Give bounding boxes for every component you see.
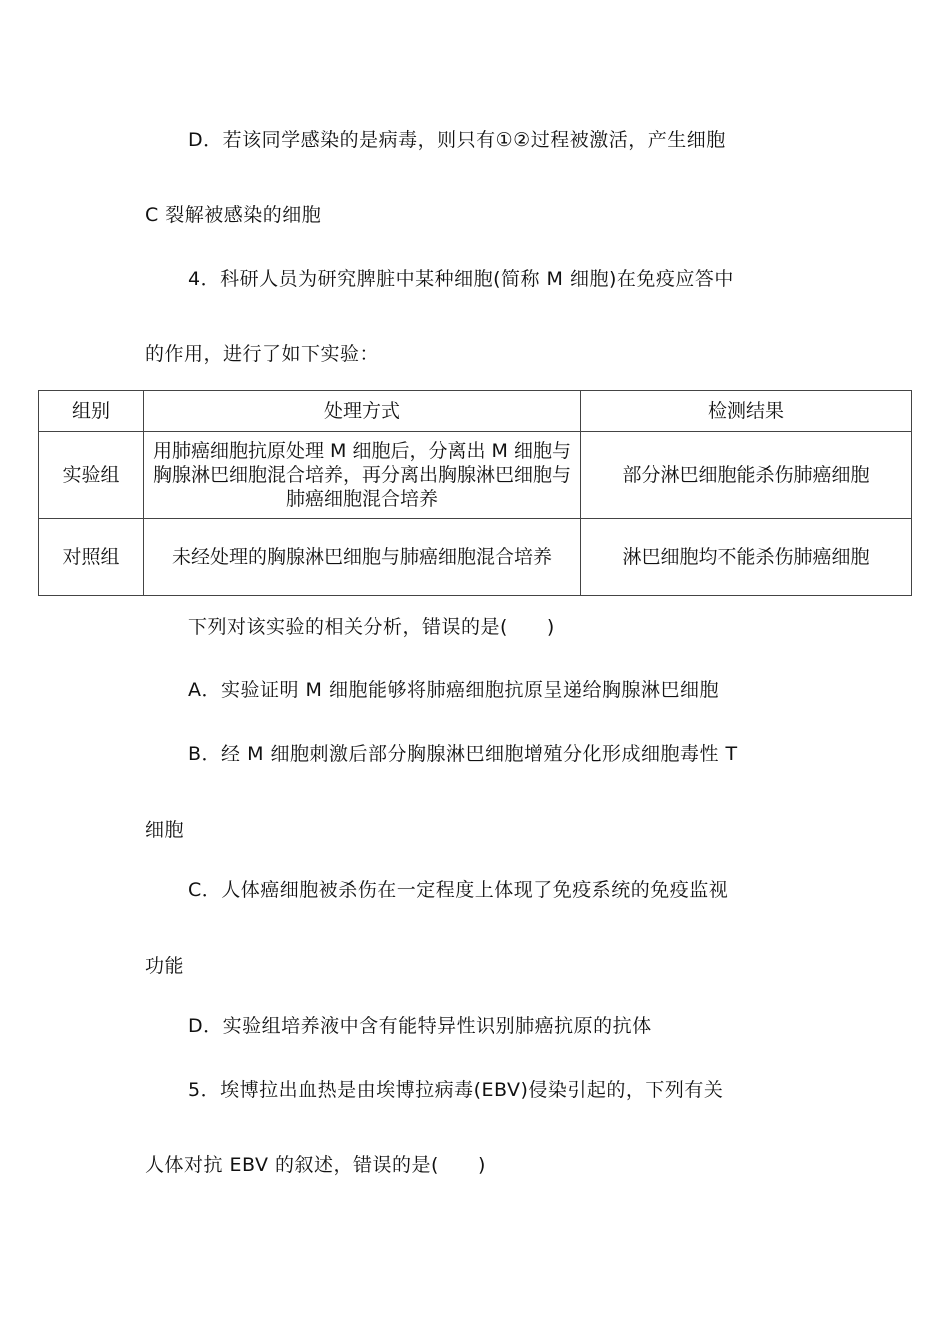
q4-option-c-line1: C．人体癌细胞被杀伤在一定程度上体现了免疫系统的免疫监视 — [188, 878, 728, 902]
table-row: 实验组 用肺癌细胞抗原处理 M 细胞后，分离出 M 细胞与胸腺淋巴细胞混合培养，… — [39, 432, 912, 519]
cell-group: 对照组 — [39, 519, 144, 596]
experiment-table: 组别 处理方式 检测结果 实验组 用肺癌细胞抗原处理 M 细胞后，分离出 M 细… — [38, 390, 912, 596]
header-result: 检测结果 — [581, 391, 912, 432]
q4-option-b-line1: B．经 M 细胞刺激后部分胸腺淋巴细胞增殖分化形成细胞毒性 T — [188, 742, 738, 766]
q3-option-d-line2: C 裂解被感染的细胞 — [145, 203, 321, 227]
cell-group: 实验组 — [39, 432, 144, 519]
q5-stem-line1: 5．埃博拉出血热是由埃博拉病毒(EBV)侵染引起的，下列有关 — [188, 1078, 723, 1102]
header-treatment: 处理方式 — [144, 391, 581, 432]
q4-option-a: A．实验证明 M 细胞能够将肺癌细胞抗原呈递给胸腺淋巴细胞 — [188, 678, 719, 702]
q4-stem-line2: 的作用，进行了如下实验： — [145, 342, 379, 366]
q3-option-d-line1: D．若该同学感染的是病毒，则只有①②过程被激活，产生细胞 — [188, 128, 726, 152]
cell-result: 部分淋巴细胞能杀伤肺癌细胞 — [581, 432, 912, 519]
q4-option-b-line2: 细胞 — [145, 818, 184, 842]
cell-treatment: 用肺癌细胞抗原处理 M 细胞后，分离出 M 细胞与胸腺淋巴细胞混合培养，再分离出… — [144, 432, 581, 519]
table-row: 对照组 未经处理的胸腺淋巴细胞与肺癌细胞混合培养 淋巴细胞均不能杀伤肺癌细胞 — [39, 519, 912, 596]
q4-option-c-line2: 功能 — [145, 954, 184, 978]
q4-question: 下列对该实验的相关分析，错误的是( ) — [188, 615, 555, 639]
q5-stem-line2: 人体对抗 EBV 的叙述，错误的是( ) — [145, 1153, 486, 1177]
q4-stem-line1: 4．科研人员为研究脾脏中某种细胞(简称 M 细胞)在免疫应答中 — [188, 267, 734, 291]
table-header-row: 组别 处理方式 检测结果 — [39, 391, 912, 432]
header-group: 组别 — [39, 391, 144, 432]
cell-treatment: 未经处理的胸腺淋巴细胞与肺癌细胞混合培养 — [144, 519, 581, 596]
q4-option-d: D．实验组培养液中含有能特异性识别肺癌抗原的抗体 — [188, 1014, 652, 1038]
cell-result: 淋巴细胞均不能杀伤肺癌细胞 — [581, 519, 912, 596]
